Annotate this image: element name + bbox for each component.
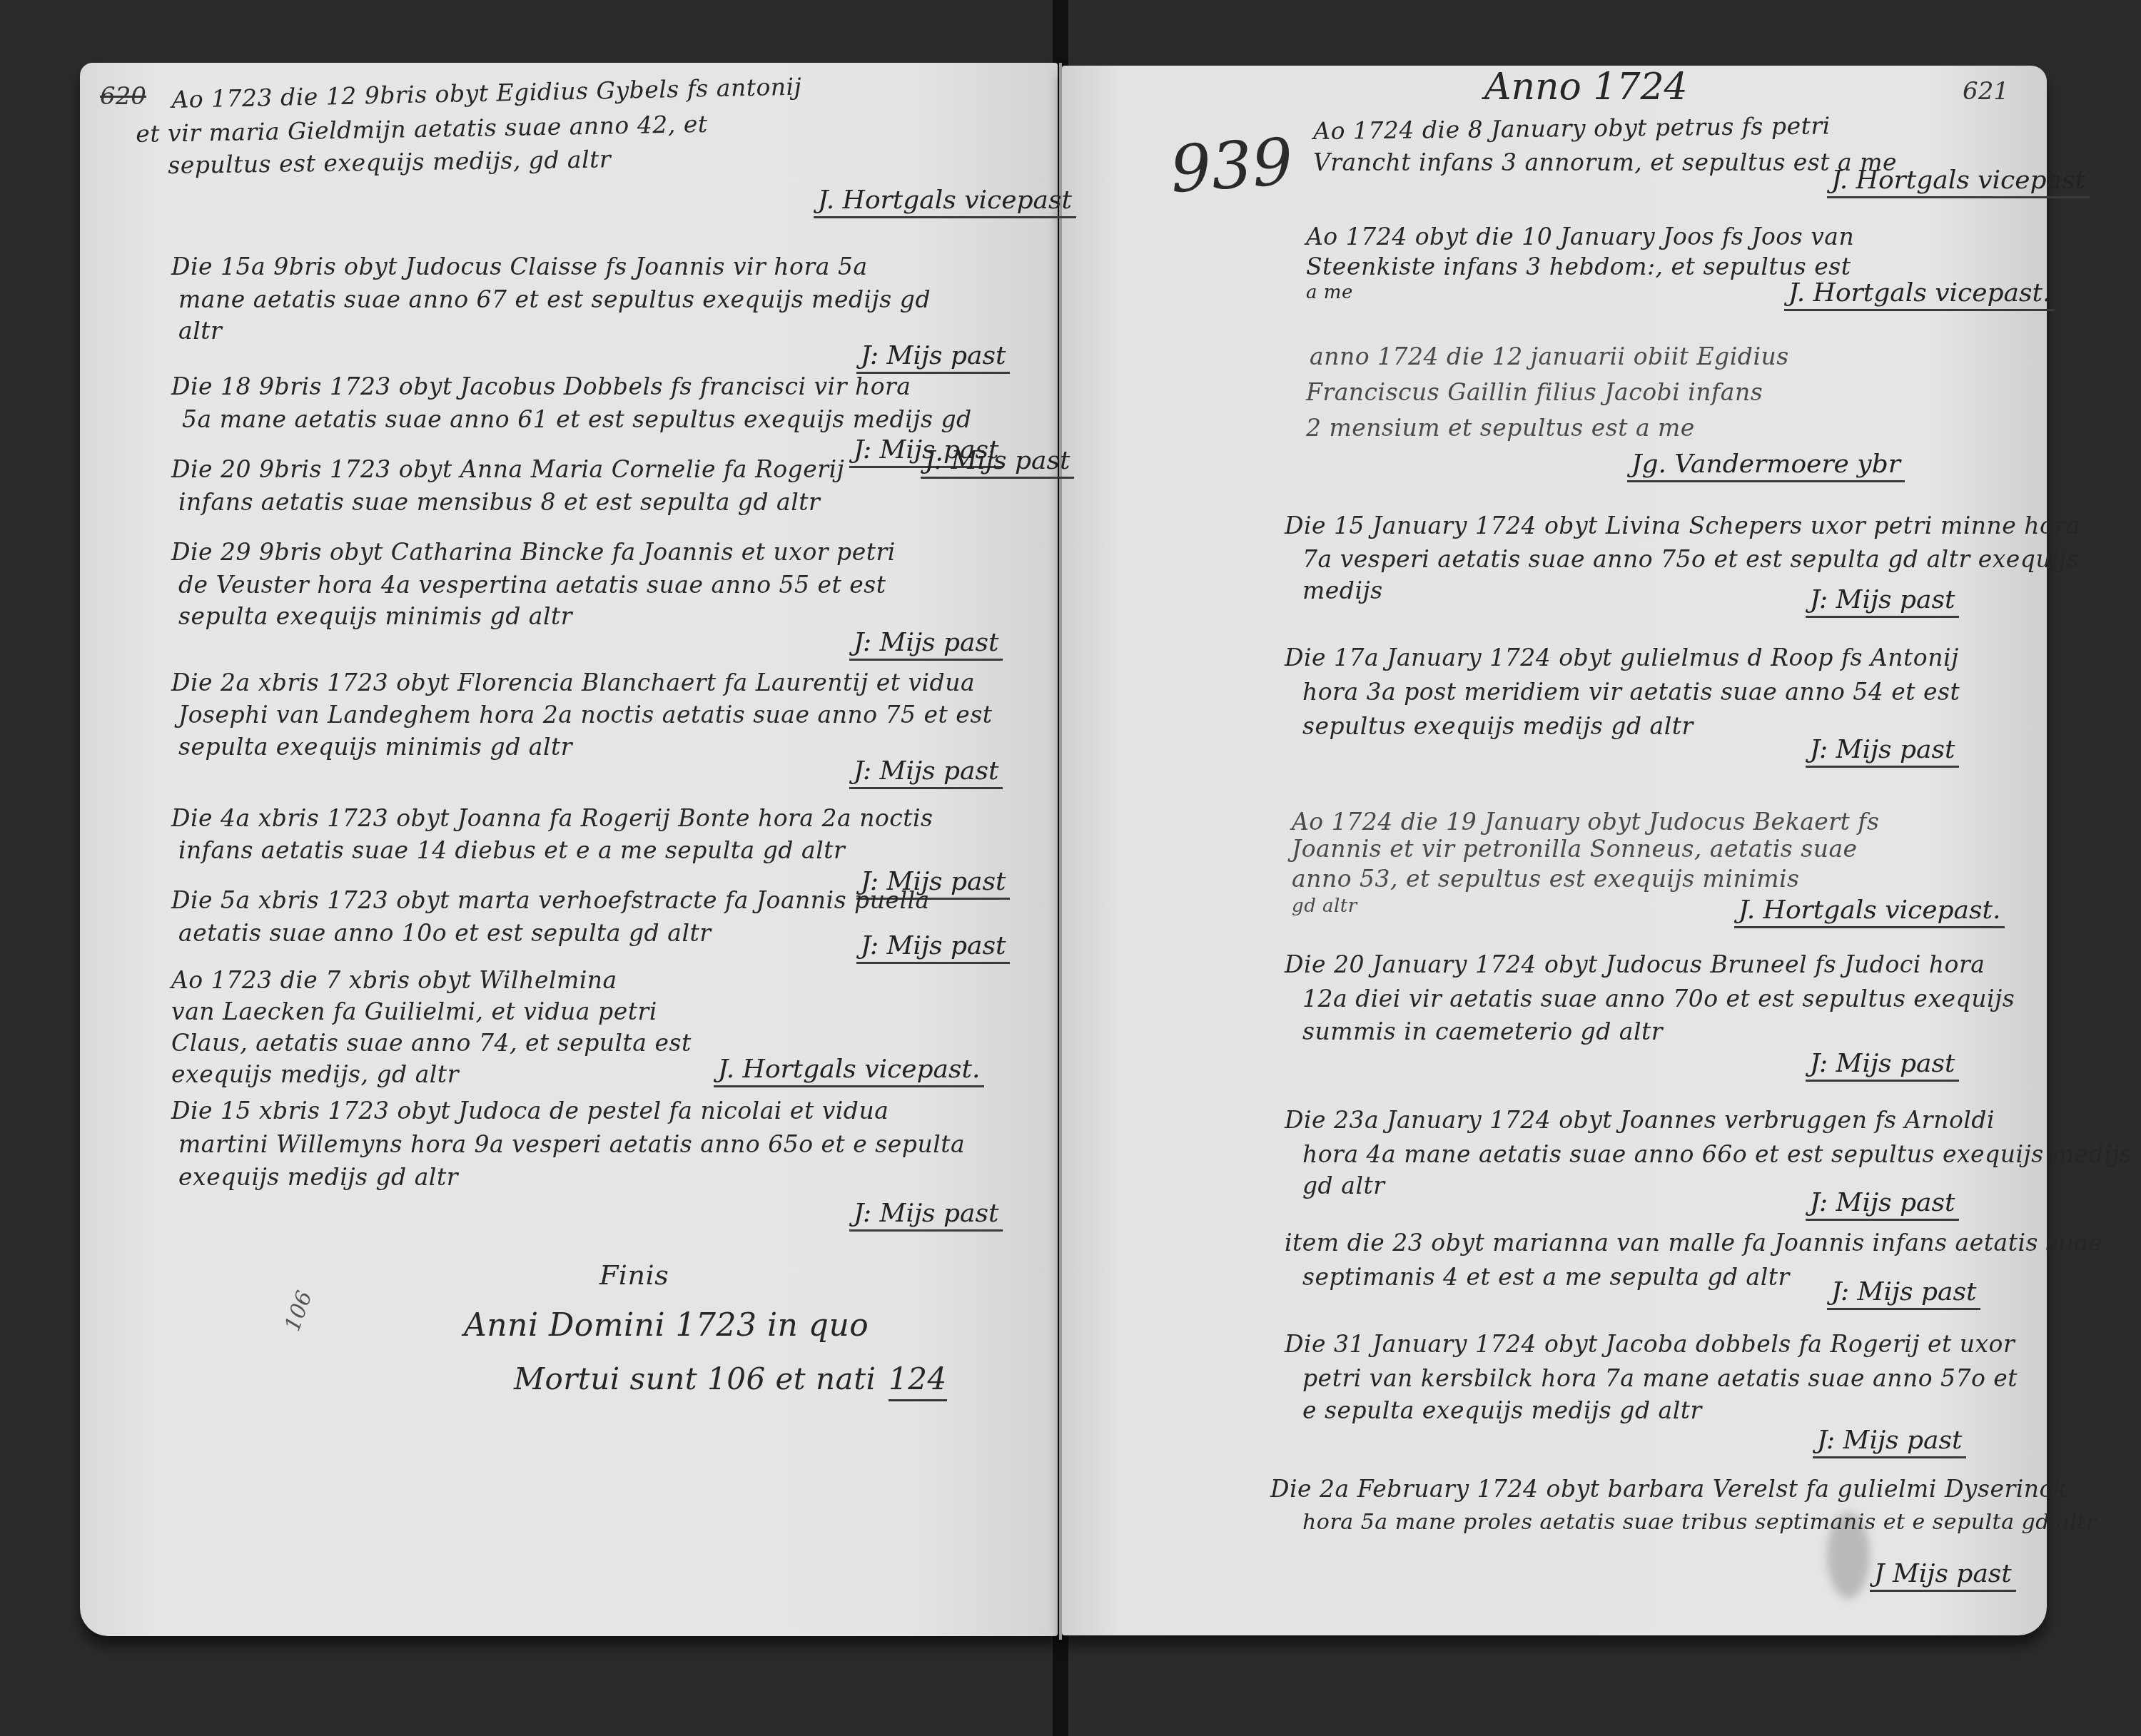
entry-line: Die 18 9bris 1723 obyt Jacobus Dobbels f… — [171, 371, 911, 402]
entry-line: e sepulta exequijs medijs gd altr — [1302, 1395, 1702, 1426]
right-folio-number: 621 — [1963, 77, 2009, 106]
signature: J: Mijs past — [849, 1199, 1003, 1232]
entry-line: Die 4a xbris 1723 obyt Joanna fa Rogerij… — [171, 803, 933, 834]
entry-line: Claus, aetatis suae anno 74, et sepulta … — [171, 1027, 692, 1059]
entry-line: Ao 1724 obyt die 10 January Joos fs Joos… — [1306, 221, 1854, 253]
entry-line: Die 23a January 1724 obyt Joannes verbru… — [1285, 1105, 1995, 1136]
entry-line: exequijs medijs gd altr — [178, 1162, 458, 1193]
births-count: 124 — [889, 1359, 947, 1401]
entry-line: Die 20 9bris 1723 obyt Anna Maria Cornel… — [171, 454, 844, 485]
entry-line: petri van kersbilck hora 7a mane aetatis… — [1302, 1363, 2018, 1394]
entry-line: hora 3a post meridiem vir aetatis suae a… — [1302, 676, 1960, 708]
ink-smudge — [1827, 1513, 1870, 1598]
signature: J Mijs past — [1870, 1559, 2016, 1592]
signature: J: Mijs past — [856, 341, 1010, 374]
entry-line: Die 15 January 1724 obyt Livina Schepers… — [1285, 510, 2080, 542]
entry-line: Franciscus Gaillin filius Jacobi infans — [1306, 377, 1763, 408]
entry-line: Die 29 9bris obyt Catharina Bincke fa Jo… — [171, 537, 896, 568]
entry-line: Ao 1724 die 8 January obyt petrus fs pet… — [1313, 110, 1831, 147]
signature: J: Mijs past — [856, 931, 1010, 964]
entry-line: 5a mane aetatis suae anno 61 et est sepu… — [182, 404, 972, 435]
signature: J: Mijs past — [921, 446, 1074, 479]
signature: J: Mijs past — [1806, 1188, 1959, 1221]
entry-line: Steenkiste infans 3 hebdom:, et sepultus… — [1306, 251, 1851, 283]
entry-line: Die 15 xbris 1723 obyt Judoca de pestel … — [171, 1095, 889, 1127]
entry-line: summis in caemeterio gd altr — [1302, 1016, 1663, 1047]
margin-register-number: 939 — [1168, 124, 1296, 208]
entry-line: mane aetatis suae anno 67 et est sepultu… — [178, 284, 931, 315]
entry-line: septimanis 4 et est a me sepulta gd altr — [1302, 1262, 1790, 1293]
entry-line: Die 2a xbris 1723 obyt Florencia Blancha… — [171, 667, 975, 699]
signature: J: Mijs past — [1827, 1277, 1980, 1310]
entry-line: anno 1724 die 12 januarii obiit Egidius — [1310, 341, 1789, 372]
entry-line: sepultus est exequijs medijs, gd altr — [168, 143, 612, 181]
entry-line: altr — [178, 315, 222, 347]
entry-line: 7a vesperi aetatis suae anno 75o et est … — [1302, 544, 2079, 575]
signature: J: Mijs past — [849, 756, 1003, 789]
entry-line: Die 20 January 1724 obyt Judocus Bruneel… — [1285, 949, 1985, 980]
entry-line: infans aetatis suae mensibus 8 et est se… — [178, 487, 820, 518]
page-title: Anno 1724 — [1484, 66, 1688, 108]
entry-line: Josephi van Landeghem hora 2a noctis aet… — [178, 699, 993, 731]
entry-line: Die 17a January 1724 obyt gulielmus d Ro… — [1285, 642, 1959, 674]
left-folio-number: 620 — [100, 82, 146, 111]
entry-line: medijs — [1302, 575, 1383, 606]
signature: J. Hortgals vicepast. — [1734, 895, 2005, 928]
signature: J. Hortgals vicepast. — [714, 1055, 984, 1087]
entry-line: 12a diei vir aetatis suae anno 70o et es… — [1302, 983, 2015, 1015]
entry-line: infans aetatis suae 14 diebus et e a me … — [178, 835, 845, 866]
entry-line: exequijs medijs, gd altr — [171, 1059, 459, 1090]
entry-line: Die 2a February 1724 obyt barbara Verels… — [1270, 1473, 2067, 1505]
summary-line-1: Anni Domini 1723 in quo — [464, 1306, 869, 1346]
entry-line: item die 23 obyt marianna van malle fa J… — [1285, 1227, 2102, 1259]
signature: J. Hortgals vicepast — [1827, 166, 2090, 198]
finis-label: Finis — [599, 1259, 669, 1291]
entry-line: aetatis suae anno 10o et est sepulta gd … — [178, 918, 711, 949]
signature: J. Hortgals vicepast — [814, 186, 1076, 218]
signature: J: Mijs past — [1806, 735, 1959, 768]
page-fold — [1059, 63, 1062, 1640]
entry-line: martini Willemyns hora 9a vesperi aetati… — [178, 1129, 965, 1160]
summary-line-2: Mortui sunt 106 et nati — [514, 1359, 876, 1399]
signature: J: Mijs past — [1813, 1426, 1966, 1458]
entry-line: sepultus exequijs medijs gd altr — [1302, 711, 1694, 742]
entry-line: Vrancht infans 3 annorum, et sepultus es… — [1313, 147, 1897, 178]
entry-line: gd altr — [1292, 890, 1357, 922]
entry-line: Die 15a 9bris obyt Judocus Claisse fs Jo… — [171, 251, 868, 283]
entry-line: de Veuster hora 4a vespertina aetatis su… — [178, 569, 886, 601]
entry-line: Joannis et vir petronilla Sonneus, aetat… — [1292, 833, 1858, 865]
signature: J. Hortgals vicepast. — [1784, 278, 2055, 311]
entry-line: Die 5a xbris 1723 obyt marta verhoefstra… — [171, 885, 930, 916]
signature: Jg. Vandermoere ybr — [1627, 450, 1905, 482]
signature: J: Mijs past — [1806, 1049, 1959, 1082]
signature: J: Mijs past — [1806, 585, 1959, 618]
signature: J: Mijs past — [849, 628, 1003, 661]
entry-line: van Laecken fa Guilielmi, et vidua petri — [171, 996, 657, 1027]
entry-line: sepulta exequijs minimis gd altr — [178, 731, 572, 763]
entry-line: Die 31 January 1724 obyt Jacoba dobbels … — [1285, 1329, 2015, 1360]
entry-line: gd altr — [1302, 1170, 1385, 1202]
entry-line: a me — [1306, 277, 1353, 308]
entry-line: Ao 1723 die 7 xbris obyt Wilhelmina — [171, 965, 617, 996]
entry-line: 2 mensium et sepultus est a me — [1306, 412, 1695, 444]
entry-line: anno 53, et sepultus est exequijs minimi… — [1292, 863, 1800, 895]
entry-line: hora 5a mane proles aetatis suae tribus … — [1302, 1507, 2097, 1538]
entry-line: hora 4a mane aetatis suae anno 66o et es… — [1302, 1139, 2132, 1170]
entry-line: sepulta exequijs minimis gd altr — [178, 601, 572, 632]
